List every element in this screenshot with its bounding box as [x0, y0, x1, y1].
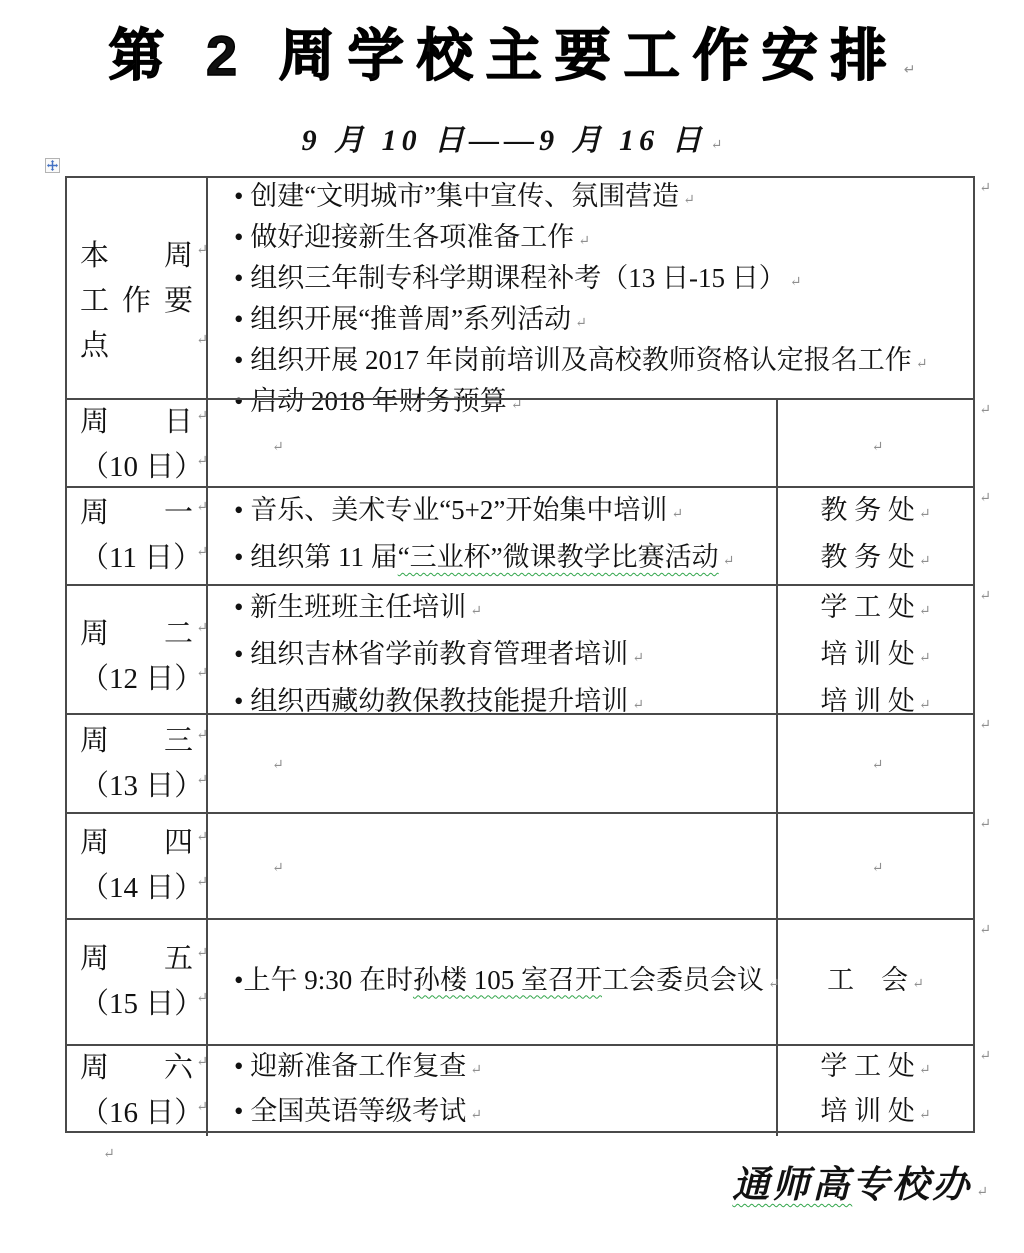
- day-label-line: 周 四↵: [80, 821, 193, 866]
- line-break-mark: ↵: [979, 717, 991, 734]
- department-text: 教 务 处: [820, 542, 915, 572]
- day-label-text: （11 日）: [80, 542, 202, 574]
- department-name: 工 会↵: [778, 959, 973, 1006]
- day-label-text: （14 日）: [80, 872, 203, 904]
- day-label-line: 工作要点↵: [80, 279, 193, 369]
- day-label-line: 周 二↵: [80, 612, 193, 657]
- line-break-mark: ↵: [916, 357, 928, 372]
- move-arrows-glyph: [47, 160, 58, 171]
- work-item: • 组织开展 2017 年岗前培训及高校教师资格认定报名工作↵: [234, 342, 965, 383]
- line-break-mark: ↵: [196, 976, 208, 1021]
- line-break-mark: ↵: [196, 485, 208, 530]
- date-range-text: 9 月 10 日——9 月 16 日: [302, 124, 707, 157]
- item-text: 工会委员会议: [602, 965, 764, 995]
- day-label-line: （15 日）↵: [80, 982, 193, 1027]
- empty-paragraph: ↵: [778, 422, 973, 469]
- spellcheck-flagged-text: 孙楼 105 室召开: [413, 965, 602, 995]
- department-text: 工 会: [827, 965, 908, 995]
- item-text: • 迎新准备工作复查: [234, 1051, 466, 1081]
- line-break-mark: ↵: [632, 698, 644, 713]
- line-break-mark: ↵: [196, 1040, 208, 1085]
- line-break-mark: ↵: [919, 604, 931, 619]
- department-name: 培 训 处↵: [778, 1091, 973, 1136]
- content-cell[interactable]: ↵: [208, 400, 778, 490]
- line-break-mark: ↵: [196, 815, 208, 860]
- table-row-summary: 本 周↵工作要点↵• 创建“文明城市”集中宣传、氛围营造↵• 做好迎接新生各项准…: [67, 178, 973, 398]
- day-label-line: （16 日）↵: [80, 1091, 193, 1136]
- line-break-mark: ↵: [683, 193, 695, 208]
- department-text: 教 务 处: [820, 495, 915, 525]
- department-cell[interactable]: 学 工 处↵培 训 处↵: [778, 1046, 973, 1136]
- line-break-mark: ↵: [196, 860, 208, 905]
- content-cell[interactable]: • 创建“文明城市”集中宣传、氛围营造↵• 做好迎接新生各项准备工作↵• 组织三…: [208, 178, 973, 424]
- day-label-line: （14 日）↵: [80, 866, 193, 911]
- item-text: 专校办: [852, 1165, 972, 1206]
- line-break-mark: ↵: [470, 1108, 482, 1123]
- date-range: 9 月 10 日——9 月 16 日↵: [0, 121, 1024, 166]
- line-break-mark: ↵: [632, 651, 644, 666]
- day-label-line: 周 五↵: [80, 937, 193, 982]
- day-label-text: 周 三: [80, 725, 193, 757]
- day-label-text: （15 日）: [80, 988, 203, 1020]
- work-item: • 创建“文明城市”集中宣传、氛围营造↵: [234, 178, 965, 219]
- day-label-text: 周 二: [80, 618, 193, 650]
- content-cell[interactable]: •上午 9:30 在时孙楼 105 室召开工会委员会议↵: [208, 920, 778, 1044]
- line-break-mark: ↵: [196, 931, 208, 976]
- day-label-cell[interactable]: 周 日↵（10 日）↵: [67, 400, 208, 490]
- line-break-mark: ↵: [470, 1063, 482, 1078]
- line-break-mark: ↵: [671, 507, 683, 522]
- item-text: • 组织第 11 届: [234, 542, 398, 572]
- line-break-mark: ↵: [790, 275, 802, 290]
- spellcheck-flagged-text: 通师高: [732, 1165, 852, 1206]
- day-label-text: 周 一: [80, 497, 193, 529]
- item-text: • 新生班班主任培训: [234, 592, 466, 622]
- table-row-fri: 周 五↵（15 日）↵•上午 9:30 在时孙楼 105 室召开工会委员会议↵工…: [67, 918, 973, 1044]
- department-text: 培 训 处: [820, 686, 915, 716]
- day-label-text: 周 五: [80, 943, 193, 975]
- work-item: • 全国英语等级考试↵: [234, 1091, 768, 1136]
- line-break-mark: ↵: [196, 651, 208, 696]
- spellcheck-flagged-text: “三业杯”微课教学比赛活动: [398, 542, 719, 572]
- table-row-thu: 周 四↵（14 日）↵↵↵↵: [67, 812, 973, 918]
- line-break-mark: ↵: [196, 394, 208, 439]
- signature: 通师高专校办↵: [732, 1162, 988, 1217]
- day-label-cell[interactable]: 周 四↵（14 日）↵: [67, 814, 208, 918]
- line-break-mark: ↵: [196, 318, 208, 363]
- line-break-mark: ↵: [919, 1063, 931, 1078]
- line-break-mark: ↵: [872, 440, 884, 455]
- line-break-mark: ↵: [575, 316, 587, 331]
- content-cell[interactable]: • 音乐、美术专业“5+2”开始集中培训↵• 组织第 11 届“三业杯”微课教学…: [208, 488, 778, 584]
- day-label-cell[interactable]: 周 五↵（15 日）↵: [67, 920, 208, 1044]
- work-item: • 迎新准备工作复查↵: [234, 1046, 768, 1091]
- line-break-mark: ↵: [196, 228, 208, 273]
- paragraph-mark: ↵: [711, 138, 723, 153]
- day-label-cell[interactable]: 周 一↵（11 日）↵: [67, 488, 208, 584]
- department-text: 培 训 处: [820, 1096, 915, 1126]
- work-item: • 组织吉林省学前教育管理者培训↵: [234, 633, 768, 680]
- day-label-line: 周 日↵: [80, 400, 193, 445]
- item-text: • 做好迎接新生各项准备工作: [234, 222, 574, 252]
- department-cell[interactable]: 学 工 处↵培 训 处↵培 训 处↵: [778, 586, 973, 727]
- work-item: • 新生班班主任培训↵: [234, 586, 768, 633]
- day-label-line: 周 六↵: [80, 1046, 193, 1091]
- line-break-mark: ↵: [919, 698, 931, 713]
- day-label-text: 本 周: [80, 240, 193, 272]
- department-name: 学 工 处↵: [778, 1046, 973, 1091]
- content-cell[interactable]: ↵: [208, 814, 778, 918]
- line-break-mark: ↵: [912, 977, 924, 992]
- line-break-mark: ↵: [979, 588, 991, 605]
- line-break-mark: ↵: [196, 713, 208, 758]
- line-break-mark: ↵: [919, 507, 931, 522]
- table-move-handle-icon[interactable]: [45, 158, 60, 173]
- day-label-cell[interactable]: 本 周↵工作要点↵: [67, 178, 208, 424]
- item-text: • 组织开展 2017 年岗前培训及高校教师资格认定报名工作: [234, 345, 912, 375]
- department-name: 教 务 处↵: [778, 536, 973, 583]
- day-label-line: 周 三↵: [80, 719, 193, 764]
- department-name: 培 训 处↵: [778, 633, 973, 680]
- department-name: 学 工 处↵: [778, 586, 973, 633]
- item-text: • 组织西藏幼教保教技能提升培训: [234, 686, 628, 716]
- paragraph-mark: ↵: [904, 61, 916, 77]
- table-row-wed: 周 三↵（13 日）↵↵↵↵: [67, 713, 973, 812]
- empty-paragraph: ↵: [234, 843, 768, 890]
- department-cell[interactable]: 教 务 处↵教 务 处↵: [778, 488, 973, 584]
- department-cell[interactable]: 工 会↵: [778, 920, 973, 1044]
- content-cell[interactable]: ↵: [208, 715, 778, 812]
- day-label-line: 本 周↵: [80, 234, 193, 279]
- item-text: • 音乐、美术专业“5+2”开始集中培训: [234, 495, 667, 525]
- day-label-text: （10 日）: [80, 451, 203, 483]
- department-cell[interactable]: ↵: [778, 715, 973, 812]
- work-item: • 组织开展“推普周”系列活动↵: [234, 301, 965, 342]
- day-label-line: 周 一↵: [80, 491, 193, 536]
- work-item: • 做好迎接新生各项准备工作↵: [234, 219, 965, 260]
- work-item: • 音乐、美术专业“5+2”开始集中培训↵: [234, 489, 768, 536]
- day-label-line: （11 日）↵: [80, 536, 193, 581]
- item-text: • 组织三年制专科学期课程补考（13 日-15 日）: [234, 263, 786, 293]
- line-break-mark: ↵: [919, 554, 931, 569]
- line-break-mark: ↵: [470, 604, 482, 619]
- day-label-text: 周 日: [80, 406, 193, 438]
- item-text: • 创建“文明城市”集中宣传、氛围营造: [234, 181, 679, 211]
- work-item: • 组织第 11 届“三业杯”微课教学比赛活动↵: [234, 536, 768, 583]
- item-text: • 组织开展“推普周”系列活动: [234, 304, 571, 334]
- department-text: 培 训 处: [820, 639, 915, 669]
- day-label-line: （12 日）↵: [80, 657, 193, 702]
- line-break-mark: ↵: [872, 861, 884, 876]
- day-label-cell[interactable]: 周 三↵（13 日）↵: [67, 715, 208, 812]
- department-cell[interactable]: ↵: [778, 400, 973, 490]
- table-row-mon: 周 一↵（11 日）↵• 音乐、美术专业“5+2”开始集中培训↵• 组织第 11…: [67, 486, 973, 584]
- page-title: 第 2 周学校主要工作安排↵: [0, 0, 1024, 105]
- line-break-mark: ↵: [919, 651, 931, 666]
- day-label-text: （12 日）: [80, 663, 203, 695]
- empty-paragraph: ↵: [778, 843, 973, 890]
- item-text: • 组织吉林省学前教育管理者培训: [234, 639, 628, 669]
- line-break-mark: ↵: [196, 606, 208, 651]
- line-break-mark: ↵: [979, 402, 991, 419]
- line-break-mark: ↵: [979, 922, 991, 939]
- department-name: 教 务 处↵: [778, 489, 973, 536]
- item-text: •上午 9:30 在时: [234, 965, 413, 995]
- line-break-mark: ↵: [196, 530, 208, 575]
- department-text: 学 工 处: [820, 592, 915, 622]
- day-label-line: （13 日）↵: [80, 764, 193, 809]
- line-break-mark: ↵: [272, 758, 284, 773]
- line-break-mark: ↵: [272, 861, 284, 876]
- empty-paragraph: ↵: [778, 740, 973, 787]
- line-break-mark: ↵: [976, 1185, 988, 1200]
- line-break-mark: ↵: [723, 554, 735, 569]
- item-text: • 全国英语等级考试: [234, 1096, 466, 1126]
- line-break-mark: ↵: [979, 1048, 991, 1065]
- work-item: • 组织三年制专科学期课程补考（13 日-15 日）↵: [234, 260, 965, 301]
- department-text: 学 工 处: [820, 1051, 915, 1081]
- empty-paragraph: ↵: [234, 740, 768, 787]
- day-label-text: （16 日）: [80, 1097, 203, 1129]
- document-page: 第 2 周学校主要工作安排↵ 9 月 10 日——9 月 16 日↵ 本 周↵工…: [0, 0, 1024, 1253]
- line-break-mark: ↵: [979, 816, 991, 833]
- paragraph-mark: ↵: [103, 1146, 115, 1163]
- department-cell[interactable]: ↵: [778, 814, 973, 918]
- line-break-mark: ↵: [196, 1085, 208, 1130]
- line-break-mark: ↵: [979, 180, 991, 197]
- line-break-mark: ↵: [578, 234, 590, 249]
- content-cell[interactable]: • 迎新准备工作复查↵• 全国英语等级考试↵: [208, 1046, 778, 1136]
- table-row-sat: 周 六↵（16 日）↵• 迎新准备工作复查↵• 全国英语等级考试↵学 工 处↵培…: [67, 1044, 973, 1131]
- line-break-mark: ↵: [272, 440, 284, 455]
- day-label-text: 周 四: [80, 827, 193, 859]
- line-break-mark: ↵: [872, 758, 884, 773]
- empty-paragraph: ↵: [234, 422, 768, 469]
- line-break-mark: ↵: [919, 1108, 931, 1123]
- line-break-mark: ↵: [979, 490, 991, 507]
- day-label-line: （10 日）↵: [80, 445, 193, 490]
- page-title-text: 第 2 周学校主要工作安排: [109, 24, 900, 87]
- content-cell[interactable]: • 新生班班主任培训↵• 组织吉林省学前教育管理者培训↵• 组织西藏幼教保教技能…: [208, 586, 778, 727]
- table-row-tue: 周 二↵（12 日）↵• 新生班班主任培训↵• 组织吉林省学前教育管理者培训↵•…: [67, 584, 973, 713]
- day-label-text: 周 六: [80, 1052, 193, 1084]
- day-label-text: 工作要点: [80, 285, 193, 362]
- day-label-text: （13 日）: [80, 770, 203, 802]
- schedule-table: 本 周↵工作要点↵• 创建“文明城市”集中宣传、氛围营造↵• 做好迎接新生各项准…: [65, 176, 975, 1133]
- day-label-cell[interactable]: 周 六↵（16 日）↵: [67, 1046, 208, 1136]
- day-label-cell[interactable]: 周 二↵（12 日）↵: [67, 586, 208, 727]
- line-break-mark: ↵: [196, 439, 208, 484]
- work-item: •上午 9:30 在时孙楼 105 室召开工会委员会议↵: [234, 959, 768, 1006]
- line-break-mark: ↵: [196, 758, 208, 803]
- table-row-sun: 周 日↵（10 日）↵↵↵↵: [67, 398, 973, 486]
